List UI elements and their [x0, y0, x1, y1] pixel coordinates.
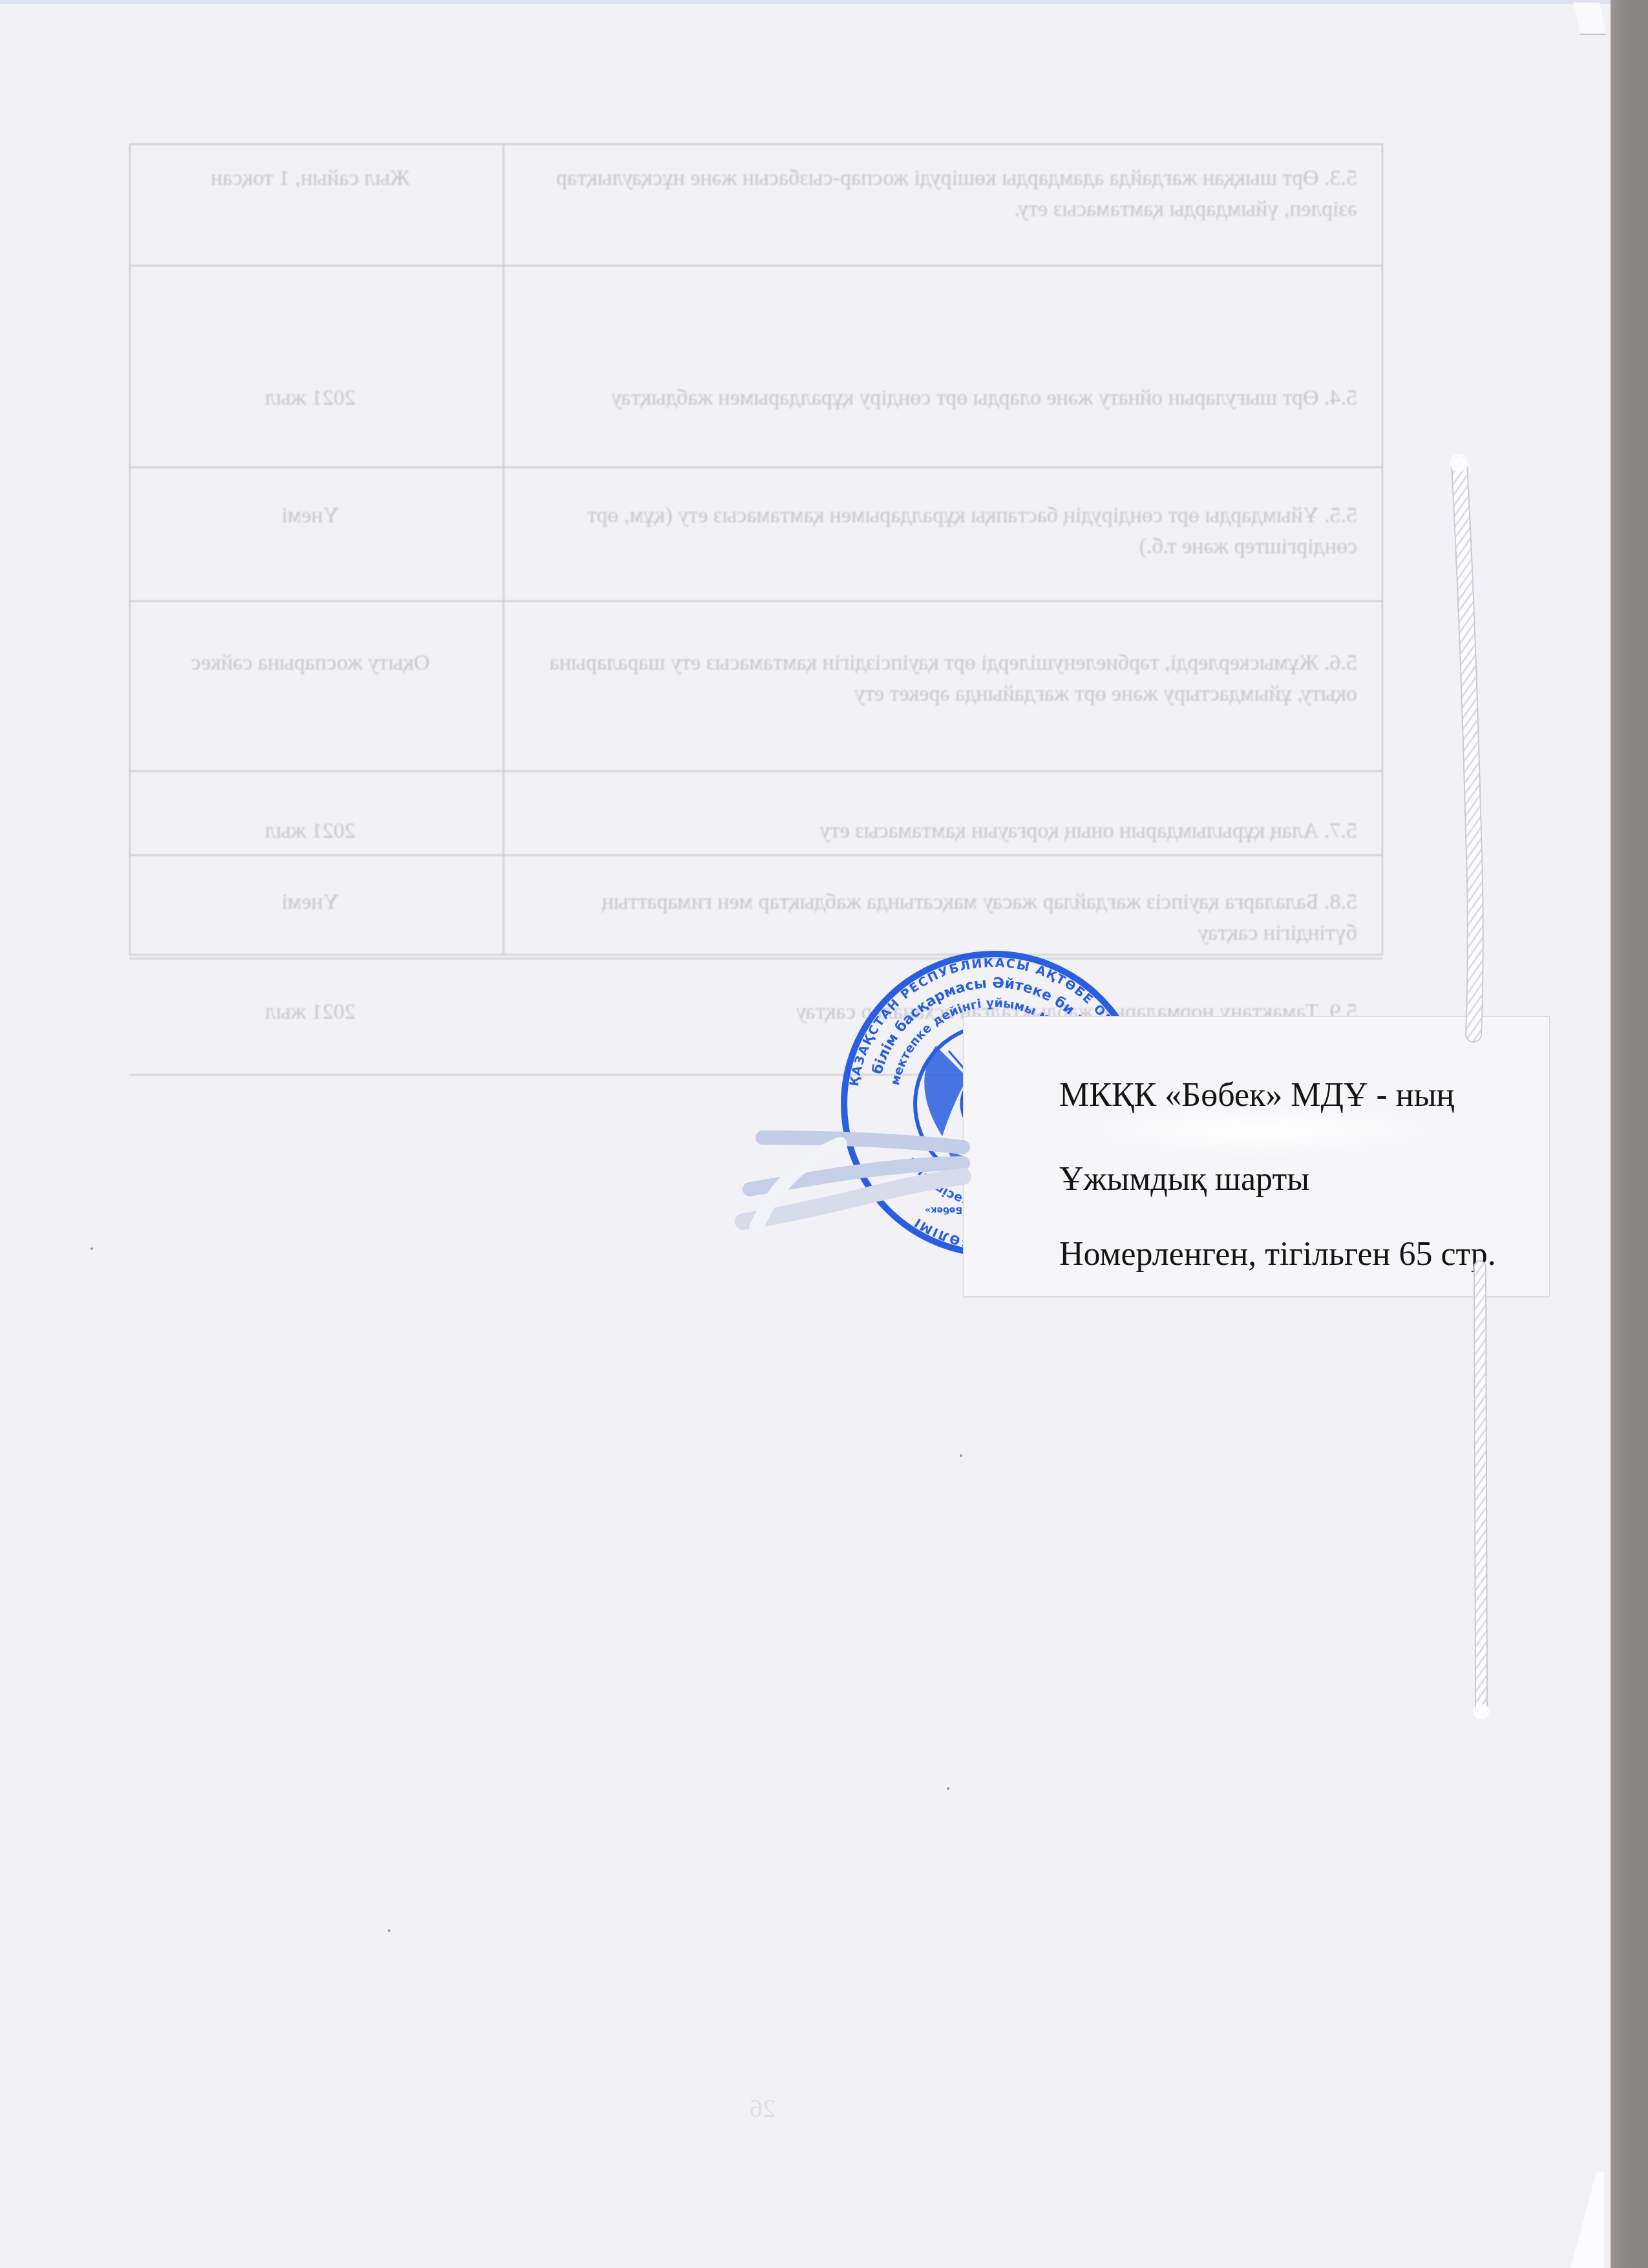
table-cell-deadline: Үнемі — [129, 887, 491, 918]
table-cell-measure: 5.3. Өрт шыққан жағдайда адамдарды көшір… — [536, 163, 1357, 225]
table-row-divider — [129, 467, 1383, 468]
label-document-title: Ұжымдық шарты — [1059, 1160, 1309, 1198]
binding-seal-label: МКҚК «Бөбек» МДҰ - ның Ұжымдық шарты Ном… — [963, 1016, 1550, 1297]
folded-corner — [1574, 3, 1607, 35]
table-cell-measure: 5.5. Ұйымдарды өрт сөндірудің бастапқы қ… — [536, 500, 1357, 562]
showthrough-table: 5.3. Өрт шыққан жағдайда адамдарды көшір… — [129, 143, 1383, 955]
scanner-background — [1611, 0, 1648, 2268]
torn-corner — [1570, 2172, 1604, 2268]
table-row-divider — [129, 265, 1383, 266]
scan-speck — [960, 1454, 962, 1457]
table-cell-measure: 5.8. Балаларға қауіпсіз жағдайлар жасау … — [536, 887, 1357, 949]
table-cell-deadline: Жыл сайын, 1 тоқсан — [129, 163, 491, 194]
table-cell-measure: 5.7. Алаң құрылымдарын оның қорғауын қам… — [536, 816, 1357, 847]
table-row-divider — [129, 770, 1383, 772]
svg-text:«Бөбек»: «Бөбек» — [925, 1205, 968, 1215]
scan-edge — [0, 0, 1611, 4]
table-cell-deadline: 2021 жыл — [129, 383, 491, 414]
scan-speck — [90, 1247, 93, 1250]
table-row-divider — [129, 958, 1383, 959]
table-cell-deadline: 2021 жыл — [129, 997, 491, 1028]
table-cell-measure: 5.4. Өрт шығуларын ойнату және оларды өр… — [536, 383, 1357, 414]
table-row-divider — [129, 854, 1383, 856]
page-number: 26 — [750, 2093, 776, 2123]
scan-speck — [947, 1787, 949, 1790]
label-page-count: Номерленген, тігільген 65 стр. — [1059, 1235, 1496, 1273]
table-row-divider — [129, 600, 1383, 602]
table-cell-deadline: 2021 жыл — [129, 816, 491, 847]
table-cell-measure: 5.6. Жұмыскерлерді, тәрбиеленушілерді өр… — [536, 648, 1357, 710]
scanned-page: 5.3. Өрт шыққан жағдайда адамдарды көшір… — [0, 0, 1611, 2268]
scan-speck — [388, 1929, 390, 1932]
table-cell-deadline: Үнемі — [129, 500, 491, 531]
label-organization: МКҚК «Бөбек» МДҰ - ның — [1059, 1076, 1454, 1114]
table-cell-deadline: Оқыту жоспарына сәйкес — [129, 648, 491, 679]
